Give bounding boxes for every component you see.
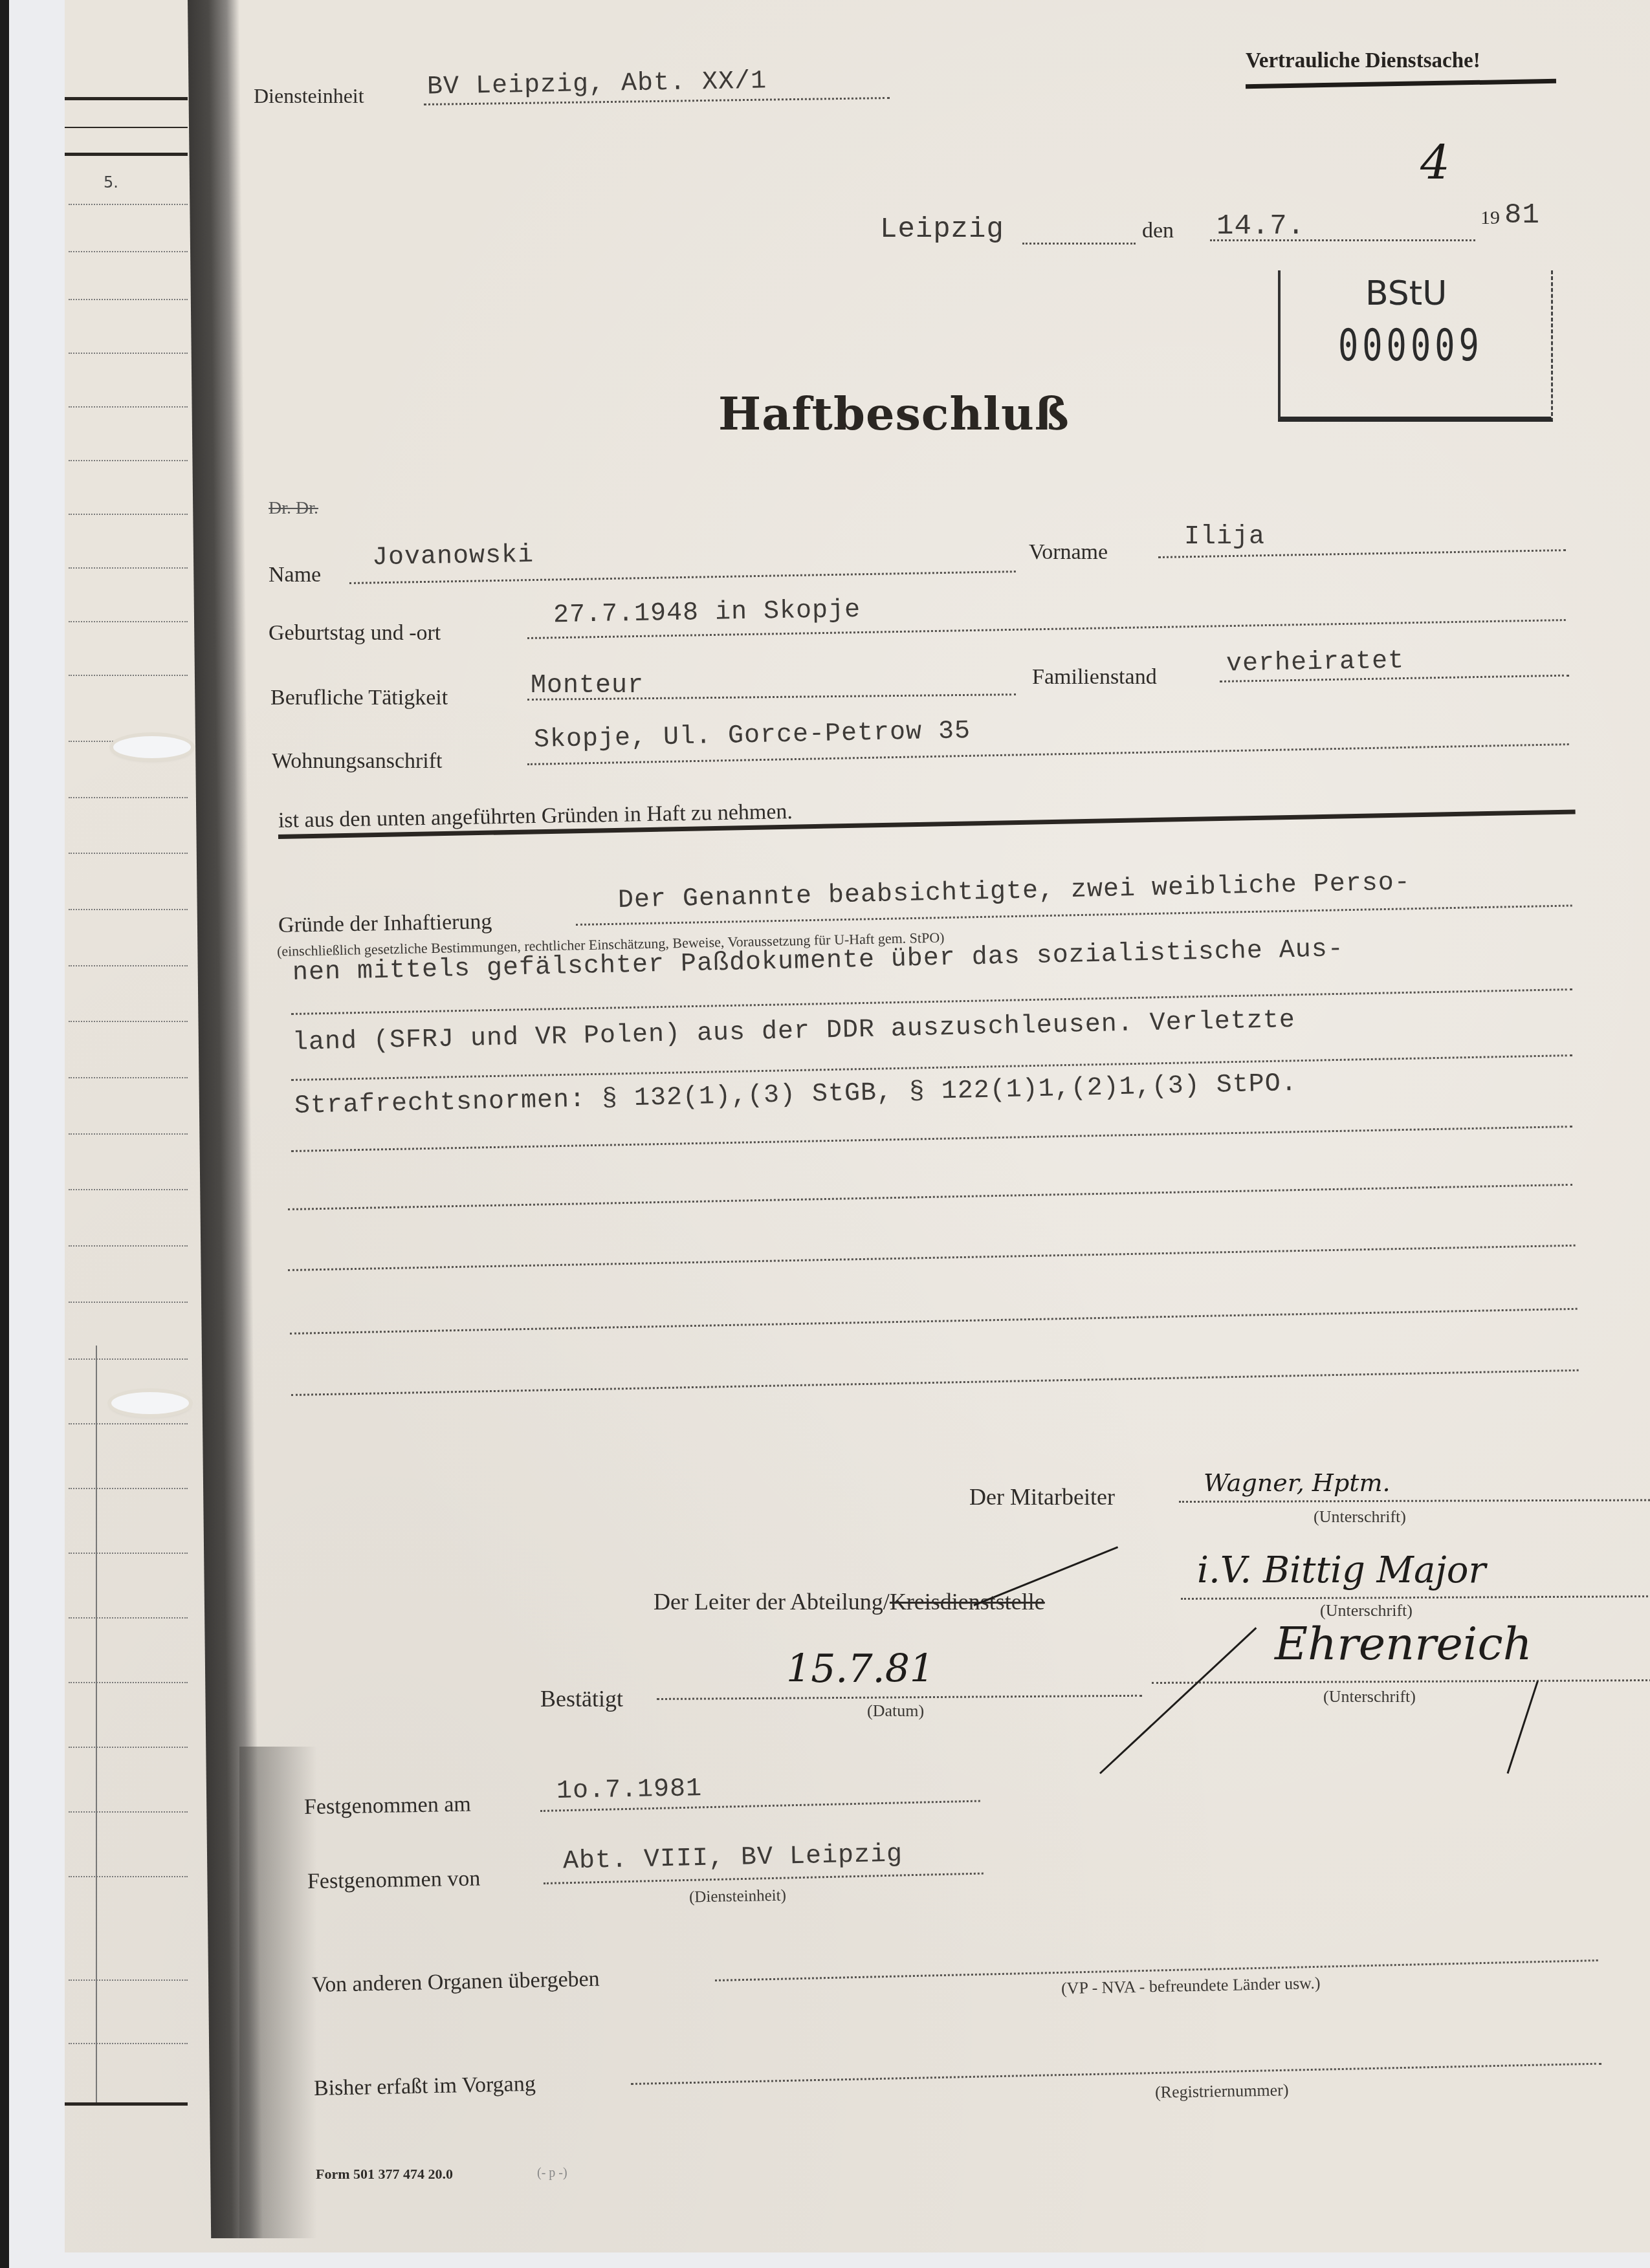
form-code: Form 501 377 474 20.0 [316, 2166, 453, 2183]
margin-vertical-line [96, 1346, 97, 2102]
festgenommen-am-label: Festgenommen am [304, 1793, 471, 1820]
left-margin-strip [65, 0, 188, 2252]
leiter-label-struck: Kreisdienststelle [890, 1589, 1045, 1615]
margin-dotted-line [69, 1488, 188, 1489]
reasons-label: Gründe der Inhaftierung [278, 910, 492, 938]
classification-label: Vertrauliche Dienstsache! [1246, 49, 1480, 73]
name-value: Jovanowski [372, 541, 534, 572]
place-value: Leipzig [880, 213, 1004, 246]
binder-shadow [239, 1747, 317, 2238]
place-line [1022, 243, 1136, 245]
vorgang-caption: (Registriernummer) [1155, 2080, 1289, 2102]
form-code-text: Form 501 377 474 20.0 [316, 2166, 453, 2182]
year-prefix: 19 [1480, 207, 1500, 229]
stamp-agency: BStU [1365, 274, 1447, 313]
salutation-struck: Dr. Dr. [269, 498, 318, 519]
margin-dotted-line [69, 514, 188, 515]
margin-rule [65, 97, 188, 100]
margin-dotted-line [69, 1133, 188, 1135]
diensteinheit-caption: (Diensteinheit) [689, 1887, 786, 1907]
diensteinheit-label: Diensteinheit [254, 84, 364, 108]
datum-caption: (Datum) [867, 1701, 924, 1721]
margin-dotted-line [69, 460, 188, 461]
margin-dotted-line [69, 1021, 188, 1022]
margin-dotted-line [69, 1876, 188, 1877]
name-label: Name [269, 563, 321, 587]
margin-dotted-line [69, 1811, 188, 1813]
festgenommen-von-label: Festgenommen von [307, 1866, 481, 1894]
margin-dotted-line [69, 1189, 188, 1190]
job-value: Monteur [531, 671, 644, 701]
margin-dotted-line [69, 251, 188, 252]
margin-dotted-line [69, 1617, 188, 1619]
margin-rule [65, 153, 188, 156]
margin-rule [65, 127, 188, 128]
vorname-value: Ilija [1184, 523, 1265, 552]
margin-dotted-line [69, 675, 188, 676]
mitarbeiter-signature: Wagner, Hptm. [1204, 1468, 1391, 1497]
birth-label: Geburtstag und -ort [269, 621, 441, 646]
punch-hole [111, 1392, 189, 1414]
bestaetigt-label: Bestätigt [540, 1685, 623, 1712]
margin-dotted-line [69, 909, 188, 910]
family-value: verheiratet [1226, 647, 1405, 679]
scan-edge [0, 0, 9, 2268]
margin-dotted-line [69, 1682, 188, 1683]
margin-dotted-line [69, 1358, 188, 1360]
unterschrift-caption: (Unterschrift) [1323, 1687, 1416, 1706]
margin-dotted-line [69, 1553, 188, 1554]
year-suffix: 81 [1504, 199, 1540, 232]
stamp-number: 000009 [1338, 321, 1483, 371]
date-line [1210, 239, 1475, 241]
margin-dotted-line [69, 1747, 188, 1748]
margin-dotted-line [69, 353, 188, 354]
bestaetigt-signature: Ehrenreich [1275, 1617, 1532, 1670]
margin-dotted-line [69, 853, 188, 854]
form-print-mark: (- p -) [537, 2166, 567, 2181]
diensteinheit-value: BV Leipzig, Abt. XX/1 [427, 67, 767, 102]
date-label: den [1142, 219, 1174, 243]
festgenommen-am-value: 1o.7.1981 [556, 1774, 703, 1806]
margin-dotted-line [69, 797, 188, 798]
address-label: Wohnungsanschrift [272, 749, 443, 774]
margin-dotted-line [69, 2043, 188, 2044]
job-label: Berufliche Tätigkeit [270, 686, 448, 710]
leiter-signature: i.V. Bittig Major [1197, 1549, 1486, 1591]
leiter-label-prefix: Der Leiter der Abteilung/ [654, 1589, 890, 1615]
mitarbeiter-label: Der Mitarbeiter [969, 1483, 1115, 1510]
page-annotation: 4 [1420, 136, 1450, 190]
margin-dotted-line [69, 1302, 188, 1303]
unterschrift-caption: (Unterschrift) [1314, 1507, 1406, 1527]
birth-value: 27.7.1948 in Skopje [553, 596, 861, 630]
margin-dotted-line [69, 406, 188, 408]
margin-dotted-line [69, 1979, 188, 1981]
date-value: 14.7. [1216, 210, 1305, 243]
leiter-label: Der Leiter der Abteilung/Kreisdienststel… [654, 1588, 1045, 1615]
vorname-label: Vorname [1029, 540, 1108, 565]
margin-dotted-line [69, 299, 188, 300]
margin-rule [65, 2102, 188, 2106]
margin-dotted-line [69, 204, 188, 205]
margin-dotted-line [69, 567, 188, 569]
family-label: Familienstand [1032, 665, 1157, 690]
margin-dotted-line [69, 1423, 188, 1424]
margin-dotted-line [69, 1245, 188, 1247]
margin-number: 5. [104, 173, 118, 191]
vorgang-label: Bisher erfaßt im Vorgang [314, 2072, 536, 2101]
punch-hole [113, 736, 191, 758]
margin-dotted-line [69, 1077, 188, 1078]
document-title: Haftbeschluß [718, 387, 1070, 441]
margin-dotted-line [69, 621, 188, 622]
bestaetigt-date: 15.7.81 [786, 1646, 934, 1692]
margin-dotted-line [69, 965, 188, 966]
